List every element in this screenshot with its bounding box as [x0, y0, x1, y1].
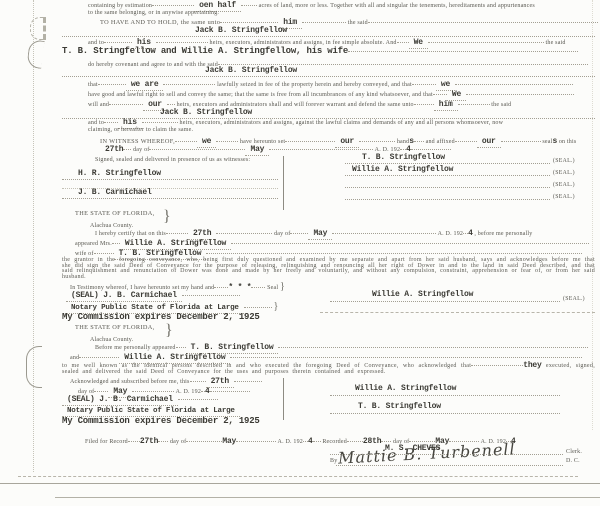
dotted-leader	[214, 285, 228, 288]
dotted-leader	[412, 82, 436, 85]
page-edge-line	[18, 476, 578, 477]
signature-rule	[330, 395, 560, 396]
state-heading: THE STATE OF FLORIDA,	[75, 325, 155, 331]
seal-label: (SEAL.)	[563, 296, 585, 302]
dotted-leader	[411, 147, 451, 150]
form-text: THE STATE OF FLORIDA,	[75, 210, 155, 217]
binder-ring-icon	[26, 346, 42, 388]
dotted-leader	[455, 82, 573, 85]
left-margin-line	[33, 0, 34, 472]
form-text: the said	[546, 40, 566, 46]
dotted-leader	[128, 439, 140, 442]
form-text: A. D. 192	[438, 231, 463, 237]
dotted-leader	[149, 147, 245, 150]
signer-name: T. B. Stringfellow	[358, 404, 441, 410]
notary-signature: (SEAL) J. B. Carmichael	[62, 397, 218, 403]
commission-line: My Commission expires December 2, 1925	[62, 418, 260, 425]
dotted-leader	[175, 139, 197, 142]
seal-text: (SEAL.)	[553, 194, 575, 200]
line-containing-acreage: containing by estimationoen half acres o…	[88, 3, 535, 9]
dotted-leader	[186, 439, 222, 442]
form-text: I hereby certify that on this	[95, 231, 166, 237]
dotted-leader	[332, 231, 436, 234]
dotted-leader	[290, 231, 308, 234]
form-text: TO HAVE AND TO HOLD, the same unto	[100, 19, 220, 26]
dotted-leader	[156, 40, 208, 43]
dotted-leader	[433, 92, 447, 95]
seal-label: (SEAL.)	[553, 158, 575, 164]
signer-name: Willie A. Stringfellow	[352, 167, 453, 173]
seal-text: (SEAL.)	[553, 182, 575, 188]
signer-name: Willie A. Stringfellow	[372, 292, 473, 298]
clerk-label: Clerk.	[566, 449, 582, 455]
form-text: Seal	[267, 285, 278, 291]
typed-name: J. B. Carmichael	[78, 188, 152, 197]
dotted-leader	[190, 379, 206, 382]
they-fill: they	[523, 361, 541, 370]
form-text: Clerk.	[566, 449, 582, 455]
typed-text: My Commission expires December 2, 1925	[62, 312, 260, 322]
notary-signature: (SEAL) J. B. Carmichael	[66, 293, 240, 299]
dotted-leader	[178, 397, 218, 400]
line-in-witness: IN WITNESS WHEREOF,we have hereunto seto…	[100, 139, 576, 145]
commission-line: My Commission expires December 2, 1925	[62, 314, 260, 321]
form-text: THE STATE OF FLORIDA,	[75, 324, 155, 331]
form-text: IN WITNESS WHEREOF,	[100, 138, 175, 145]
our-fill: our	[477, 137, 501, 148]
witness-rule	[62, 179, 278, 180]
witness-name: J. B. Carmichael	[78, 190, 152, 196]
dotted-leader	[244, 305, 272, 308]
line-to-have-and-to-hold: TO HAVE AND TO HOLD, the same untohim th…	[100, 20, 598, 26]
form-text: do hereby covenant and agree to and with…	[88, 62, 218, 68]
dotted-leader	[94, 251, 114, 254]
form-text: Recorded	[322, 439, 347, 445]
typed-name: Jack B. Stringfellow	[205, 66, 297, 75]
stars-fill: * * *	[228, 283, 251, 292]
form-text: D. C.	[566, 458, 580, 464]
small-brace: }	[280, 281, 285, 292]
typed-name: H. R. Stringfellow	[78, 169, 161, 178]
form-text: A. D. 192	[278, 439, 303, 445]
we-are-fill: we are	[126, 80, 164, 91]
form-text: will and	[88, 102, 109, 108]
dotted-leader	[98, 82, 126, 85]
dotted-leader	[79, 355, 119, 358]
signature-rule	[330, 301, 560, 302]
state-brace: }	[165, 323, 173, 339]
dotted-leader	[269, 147, 373, 150]
grantee-name-fill: Jack B. Stringfellow	[160, 110, 252, 116]
typed-text: My Commission expires December 2, 1925	[62, 416, 260, 426]
by-label: By	[330, 458, 337, 464]
dotted-leader	[234, 379, 262, 382]
signature-rule	[345, 163, 550, 164]
dotted-leader	[501, 139, 541, 142]
dower-paragraph: the grantor in the foregoing conveyance,…	[62, 258, 595, 280]
dotted-leader	[409, 439, 435, 442]
form-divider	[320, 312, 595, 313]
form-text: have good and lawful right to sell and c…	[88, 92, 433, 98]
line-warrant: will andour heirs, executors and adminis…	[88, 102, 511, 108]
form-text: heirs, executors, administrators and ass…	[180, 120, 504, 126]
dotted-leader	[359, 139, 395, 142]
typed-name: (SEAL) J. B. Carmichael	[66, 291, 182, 302]
form-text: Before me personally appeared	[95, 345, 176, 351]
year-fill: 4	[468, 229, 473, 238]
county-heading: Alachua County.	[90, 337, 133, 343]
form-text: and	[70, 355, 79, 361]
form-text: on this	[559, 139, 577, 145]
dotted-leader	[216, 231, 272, 234]
notary-title: Notary Public State of Florida at Large	[62, 408, 240, 414]
form-text: Signed, sealed and delivered in presence…	[95, 157, 250, 163]
form-text: appeared Mrs.	[75, 241, 112, 247]
form-text: A. D. 192	[176, 389, 201, 395]
day-fill: 28th	[363, 437, 381, 446]
signature-rule	[330, 413, 560, 414]
form-text: the grantor in the foregoing conveyance,…	[62, 257, 595, 280]
line-claiming: claiming, or hereafter to claim the same…	[88, 127, 193, 133]
witness-name: H. R. Stringfellow	[78, 171, 161, 177]
line-subscribed: Acknowledged and subscribed before me, t…	[70, 379, 262, 385]
plural-s-fill: s	[553, 137, 558, 146]
line-presence: Signed, sealed and delivered in presence…	[95, 157, 250, 163]
signature-rule	[345, 175, 550, 176]
dotted-leader	[182, 293, 240, 296]
typed-name: T. B. Stringfellow and Willie A. Stringf…	[62, 46, 348, 56]
notary-brace	[283, 378, 284, 420]
dotted-leader	[458, 102, 490, 105]
dotted-leader	[466, 92, 574, 95]
dotted-leader	[241, 3, 257, 6]
form-text: day of	[133, 147, 149, 153]
dotted-leader	[397, 40, 409, 43]
form-text: and to	[88, 120, 104, 126]
him-fill: him	[434, 100, 458, 111]
dotted-leader	[104, 40, 132, 43]
dotted-leader	[104, 120, 118, 123]
form-text: day of	[170, 439, 186, 445]
form-text: the said	[348, 20, 368, 26]
dotted-leader	[152, 3, 194, 6]
binder-ring-icon	[30, 17, 46, 40]
month-fill: May	[308, 229, 332, 240]
form-text: day of	[274, 231, 290, 237]
dotted-leader	[210, 389, 250, 392]
line-covenant-lead: do hereby covenant and agree to and with…	[88, 62, 588, 68]
notary-title: Notary Public State of Florida at Large …	[66, 304, 278, 311]
form-text: Alachua County.	[90, 223, 133, 229]
typed-name: Jack B. Stringfellow	[195, 26, 287, 35]
brace-glyph: }	[163, 208, 171, 225]
dotted-leader	[158, 439, 168, 442]
typed-name: M. S. CHEVES	[385, 444, 440, 453]
line-before-me: Before me personally appearedT. B. Strin…	[95, 345, 588, 351]
deputy-rule	[336, 465, 563, 466]
line-and-name: andWillie A. Stringfellow	[70, 355, 582, 361]
dotted-leader	[368, 20, 598, 23]
day-fill: 27th	[140, 437, 158, 446]
deed-record-scan-page: containing by estimationoen half acres o…	[0, 0, 600, 506]
dotted-leader	[109, 102, 143, 105]
dotted-rule	[62, 36, 595, 37]
line-seized: thatwe are lawfully seized in fee of the…	[88, 82, 573, 88]
typed-name: T. B. Stringfellow	[358, 402, 441, 411]
line-certify: I hereby certify that on this27th day of…	[95, 231, 532, 237]
form-text: Acknowledged and subscribed before me, t…	[70, 379, 190, 385]
dotted-leader	[278, 345, 588, 348]
page-edge-line	[55, 497, 600, 498]
typed-name: Willie A. Stringfellow	[352, 165, 453, 174]
dotted-leader	[167, 102, 175, 105]
clerk-rule	[330, 454, 563, 455]
dotted-leader	[348, 49, 578, 52]
seal-label: (SEAL.)	[553, 182, 575, 188]
dotted-rule	[62, 76, 595, 77]
seal-text: (SEAL.)	[553, 170, 575, 176]
state-heading: THE STATE OF FLORIDA,	[75, 211, 155, 217]
dotted-leader	[94, 389, 108, 392]
dotted-leader	[206, 251, 582, 254]
dotted-leader	[455, 139, 477, 142]
witness-brace	[283, 156, 284, 210]
deputy-clerk-label: D. C.	[566, 458, 580, 464]
form-text: , before me personally	[474, 231, 532, 237]
binder-ring-icon	[26, 39, 44, 69]
dotted-leader	[236, 439, 276, 442]
witness-rule	[62, 198, 278, 199]
dotted-leader	[414, 102, 434, 105]
state-brace: }	[163, 209, 171, 225]
dotted-leader	[251, 285, 265, 288]
dotted-leader	[220, 20, 278, 23]
line-appeared: appeared Mrs.Willie A. Stringfellow	[75, 241, 589, 247]
dotted-leader	[218, 62, 588, 65]
signature-rule	[345, 199, 550, 200]
signer-name: Willie A. Stringfellow	[355, 386, 456, 392]
month-fill: May	[245, 145, 269, 156]
form-text: to the same belonging, or in anywise app…	[88, 10, 219, 16]
form-text: Alachua County.	[90, 337, 133, 343]
dotted-leader	[381, 439, 391, 442]
dotted-leader	[347, 439, 363, 442]
clerk-stamp: M. S. CHEVES	[385, 446, 440, 452]
dotted-leader	[142, 120, 178, 123]
form-text: that	[88, 82, 98, 88]
seal-label: (SEAL.)	[553, 170, 575, 176]
dotted-leader	[231, 241, 589, 244]
form-text: By	[330, 458, 337, 464]
seal-text: (SEAL.)	[563, 296, 585, 302]
line-belonging: to the same belonging, or in anywise app…	[88, 10, 219, 16]
dotted-leader	[414, 139, 424, 142]
county-heading: Alachua County.	[90, 223, 133, 229]
dotted-leader	[216, 139, 238, 142]
line-testimony: In Testimony whereof, I have hereunto se…	[70, 284, 285, 291]
grantee-name-fill: Jack B. Stringfellow	[195, 28, 287, 34]
dotted-leader	[176, 345, 186, 348]
dotted-leader	[163, 82, 215, 85]
small-brace: }	[273, 301, 278, 312]
dotted-leader	[112, 241, 120, 244]
form-text: the said	[491, 102, 511, 108]
form-text: lawfully seized in fee of the property h…	[217, 82, 412, 88]
seal-text: (SEAL.)	[553, 158, 575, 164]
form-text: containing by estimation	[88, 3, 152, 9]
signature-rule	[345, 187, 550, 188]
typed-name: T. B. Stringfellow	[362, 153, 445, 162]
form-text: claiming, or hereafter to claim the same…	[88, 127, 193, 133]
page-edge-line	[0, 483, 600, 484]
dotted-leader	[471, 363, 523, 366]
dotted-leader	[285, 139, 335, 142]
grantors-name-fill: T. B. Stringfellow and Willie A. Stringf…	[62, 48, 578, 55]
dotted-leader	[428, 40, 544, 43]
dotted-leader	[166, 231, 188, 234]
form-text: Filed for Record	[85, 439, 128, 445]
dotted-leader	[123, 147, 131, 150]
dotted-leader	[302, 20, 346, 23]
known-paragraph: to me well known as the identical person…	[62, 363, 595, 375]
form-text: and affixed	[426, 139, 455, 145]
seal-label: (SEAL.)	[553, 194, 575, 200]
month-fill: May	[222, 437, 236, 446]
dotted-leader	[230, 355, 582, 358]
typed-name: Willie A. Stringfellow	[372, 290, 473, 299]
day-fill: 27th	[105, 145, 123, 154]
dotted-leader	[132, 389, 174, 392]
form-text: acres of land, more or less. Together wi…	[259, 3, 535, 9]
line-against-claims: and tohis heirs, executors, administrato…	[88, 120, 503, 126]
signer-name: T. B. Stringfellow	[362, 155, 445, 161]
dotted-leader	[313, 439, 321, 442]
typed-name: Jack B. Stringfellow	[160, 108, 252, 117]
form-text: seal	[542, 139, 552, 145]
typed-name: Willie A. Stringfellow	[355, 384, 456, 393]
line-good-right: have good and lawful right to sell and c…	[88, 92, 574, 98]
grantee-name-fill: Jack B. Stringfellow	[205, 68, 297, 74]
typed-name: (SEAL) J. B. Carmichael	[62, 395, 178, 406]
brace-glyph: }	[165, 322, 173, 339]
